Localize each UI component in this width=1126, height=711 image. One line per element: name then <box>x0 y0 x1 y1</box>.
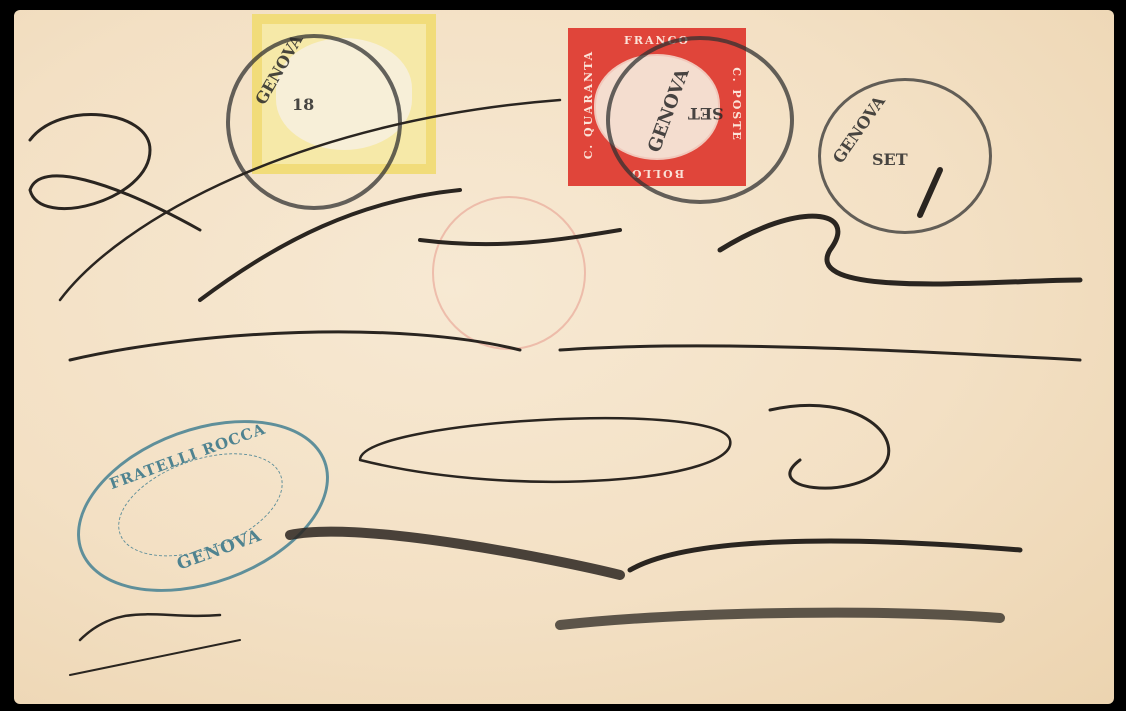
manuscript-ink <box>0 0 1126 711</box>
